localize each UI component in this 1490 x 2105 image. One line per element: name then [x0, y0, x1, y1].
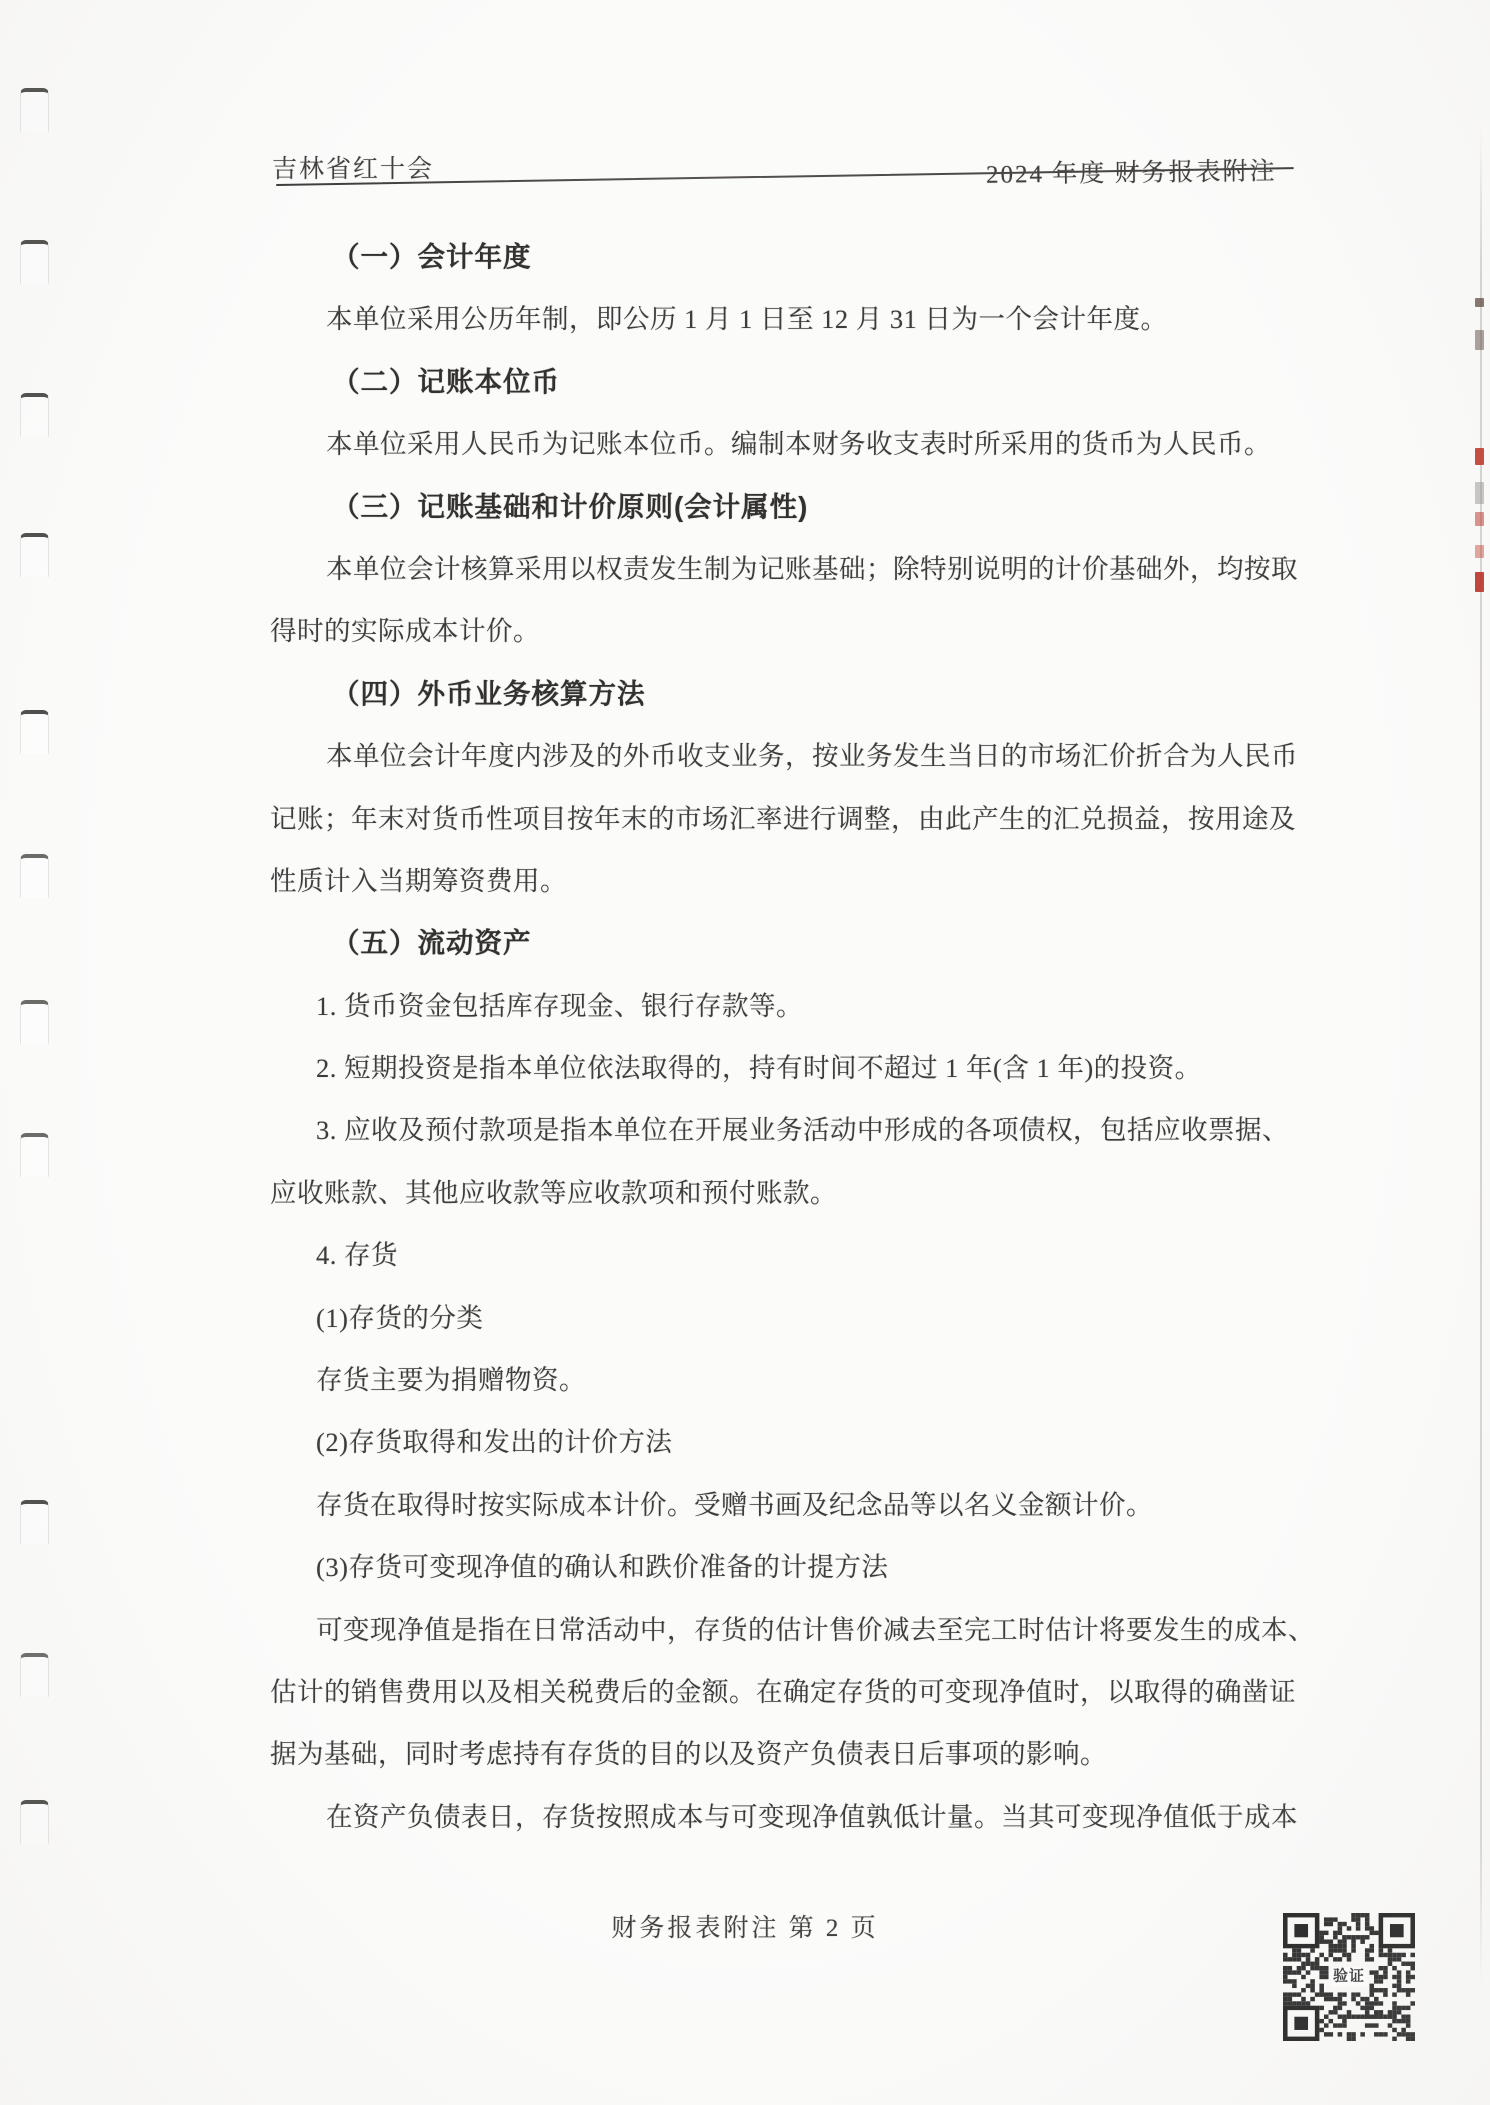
text-line: 4. 存货 — [270, 1224, 1266, 1286]
edge-stamp-mark — [1475, 448, 1484, 465]
text-line: 本单位会计核算采用以权责发生制为记账基础；除特别说明的计价基础外，均按取 — [270, 538, 1266, 600]
scanned-document-page: 吉林省红十会 2024 年度 财务报表附注 （一）会计年度本单位采用公历年制，即… — [0, 0, 1490, 2105]
edge-stamp-mark — [1475, 330, 1484, 350]
section-heading: （二）记账本位币 — [270, 351, 1266, 413]
text-line: 记账；年末对货币性项目按年末的市场汇率进行调整，由此产生的汇兑损益，按用途及 — [270, 788, 1266, 850]
text-line: 本单位会计年度内涉及的外币收支业务，按业务发生当日的市场汇价折合为人民币 — [270, 725, 1266, 787]
edge-stamp-mark — [1475, 545, 1484, 558]
text-line: 可变现净值是指在日常活动中，存货的估计售价减去至完工时估计将要发生的成本、 — [270, 1599, 1266, 1661]
binding-hole — [20, 854, 49, 898]
binding-hole — [20, 1133, 49, 1177]
binding-hole — [20, 710, 49, 754]
edge-stamp-mark — [1475, 512, 1484, 526]
section-heading: （一）会计年度 — [270, 226, 1266, 288]
document-body: （一）会计年度本单位采用公历年制，即公历 1 月 1 日至 12 月 31 日为… — [270, 226, 1266, 1848]
binding-hole — [20, 240, 49, 284]
binding-hole — [20, 1500, 49, 1544]
page-footer-label: 财务报表附注 第 2 页 — [0, 1908, 1490, 1944]
section-heading: （三）记账基础和计价原则(会计属性) — [270, 476, 1266, 538]
text-line: 本单位采用公历年制，即公历 1 月 1 日至 12 月 31 日为一个会计年度。 — [270, 288, 1266, 350]
binding-hole — [20, 1653, 49, 1697]
text-line: 得时的实际成本计价。 — [270, 600, 1266, 662]
qr-center-label: 验证 — [1331, 1967, 1367, 1986]
edge-stamp-mark — [1475, 482, 1484, 504]
binding-hole — [20, 393, 49, 437]
text-line: (3)存货可变现净值的确认和跌价准备的计提方法 — [270, 1536, 1266, 1598]
text-line: 2. 短期投资是指本单位依法取得的，持有时间不超过 1 年(含 1 年)的投资。 — [270, 1037, 1266, 1099]
text-line: 3. 应收及预付款项是指本单位在开展业务活动中形成的各项债权，包括应收票据、 — [270, 1099, 1266, 1161]
binding-hole — [20, 1800, 49, 1844]
header-org-name: 吉林省红十会 — [272, 149, 434, 185]
binding-hole — [20, 88, 49, 132]
edge-stamp-mark — [1475, 572, 1484, 592]
text-line: 据为基础，同时考虑持有存货的目的以及资产负债表日后事项的影响。 — [270, 1723, 1266, 1785]
edge-stamp-mark — [1475, 298, 1484, 307]
text-line: (2)存货取得和发出的计价方法 — [270, 1411, 1266, 1473]
text-line: 估计的销售费用以及相关税费后的金额。在确定存货的可变现净值时，以取得的确凿证 — [270, 1661, 1266, 1723]
text-line: 性质计入当期筹资费用。 — [270, 850, 1266, 912]
text-line: 应收账款、其他应收款等应收款项和预付账款。 — [270, 1162, 1266, 1224]
qr-code: 验证 — [1283, 1913, 1415, 2041]
text-line: (1)存货的分类 — [270, 1287, 1266, 1349]
text-line: 1. 货币资金包括库存现金、银行存款等。 — [270, 975, 1266, 1037]
page-edge-shadow — [1480, 125, 1482, 1985]
text-line: 在资产负债表日，存货按照成本与可变现净值孰低计量。当其可变现净值低于成本 — [270, 1786, 1266, 1848]
text-line: 本单位采用人民币为记账本位币。编制本财务收支表时所采用的货币为人民币。 — [270, 413, 1266, 475]
text-line: 存货在取得时按实际成本计价。受赠书画及纪念品等以名义金额计价。 — [270, 1474, 1266, 1536]
text-line: 存货主要为捐赠物资。 — [270, 1349, 1266, 1411]
binding-hole — [20, 1000, 49, 1044]
binding-hole — [20, 533, 49, 577]
section-heading: （四）外币业务核算方法 — [270, 663, 1266, 725]
section-heading: （五）流动资产 — [270, 912, 1266, 974]
